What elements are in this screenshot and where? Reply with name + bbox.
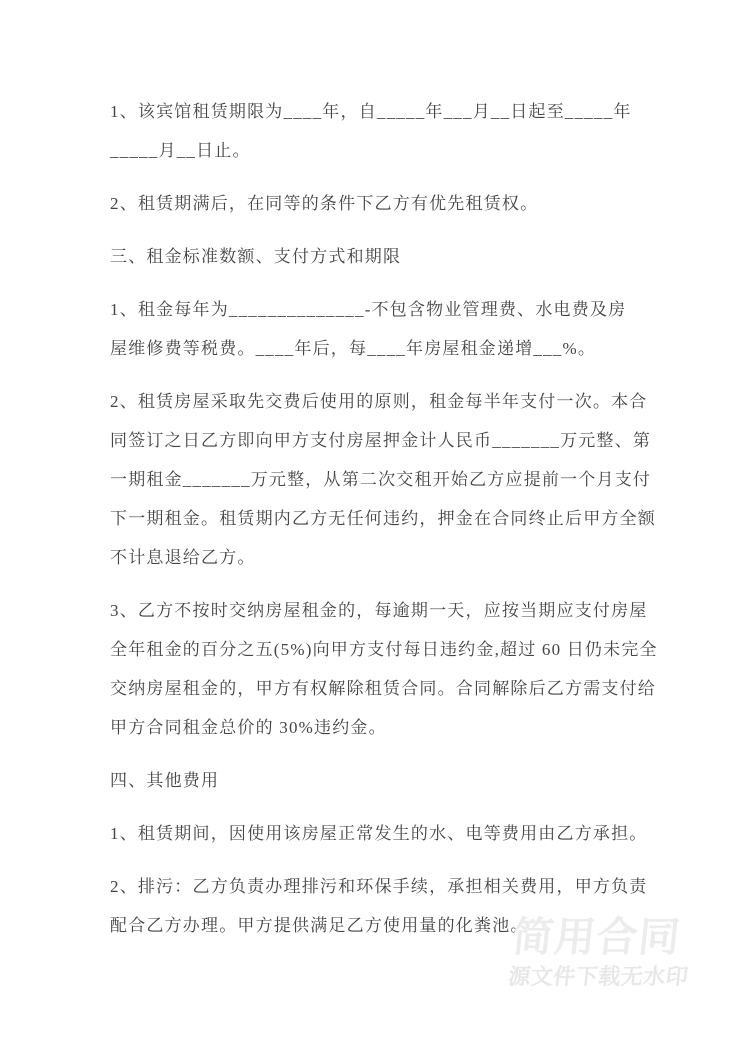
section-heading-other-fees: 四、其他费用 xyxy=(110,761,642,800)
contract-line: 全年租金的百分之五(5%)向甲方支付每日违约金,超过 60 日仍未完全 xyxy=(110,630,642,669)
contract-line: 甲方合同租金总价的 30%违约金。 xyxy=(110,708,642,747)
contract-line: 四、其他费用 xyxy=(110,761,642,800)
contract-line: 一期租金_______万元整，从第二次交租开始乙方应提前一个月支付 xyxy=(110,460,642,499)
watermark-brand-text: 简用合同 xyxy=(510,915,695,959)
site-watermark: 简用合同 源文件下载无水印 xyxy=(507,915,695,990)
contract-line: 2、租赁房屋采取先交费后使用的原则，租金每半年支付一次。本合 xyxy=(110,382,642,421)
contract-line: 三、租金标准数额、支付方式和期限 xyxy=(110,237,642,276)
clause-utilities: 1、租赁期间，因使用该房屋正常发生的水、电等费用由乙方承担。 xyxy=(110,814,642,853)
contract-line: 1、该宾馆租赁期限为____年，自_____年___月__日起至_____年 xyxy=(110,92,642,131)
contract-line: 同签订之日乙方即向甲方支付房屋押金计人民币_______万元整、第 xyxy=(110,421,642,460)
contract-line: 3、乙方不按时交纳房屋租金的，每逾期一天，应按当期应支付房屋 xyxy=(110,591,642,630)
clause-annual-rent: 1、租金每年为______________-不包含物业管理费、水电费及房 屋维修… xyxy=(110,290,642,368)
clause-late-payment-penalty: 3、乙方不按时交纳房屋租金的，每逾期一天，应按当期应支付房屋 全年租金的百分之五… xyxy=(110,591,642,747)
watermark-tagline-text: 源文件下载无水印 xyxy=(507,964,690,990)
contract-line: _____月__日止。 xyxy=(110,131,642,170)
contract-line: 1、租赁期间，因使用该房屋正常发生的水、电等费用由乙方承担。 xyxy=(110,814,642,853)
contract-line: 交纳房屋租金的，甲方有权解除租赁合同。合同解除后乙方需支付给 xyxy=(110,669,642,708)
clause-lease-term: 1、该宾馆租赁期限为____年，自_____年___月__日起至_____年 _… xyxy=(110,92,642,170)
clause-renewal-priority: 2、租赁期满后，在同等的条件下乙方有优先租赁权。 xyxy=(110,184,642,223)
section-heading-rent-terms: 三、租金标准数额、支付方式和期限 xyxy=(110,237,642,276)
clause-payment-deposit: 2、租赁房屋采取先交费后使用的原则，租金每半年支付一次。本合 同签订之日乙方即向… xyxy=(110,382,642,577)
contract-body: 1、该宾馆租赁期限为____年，自_____年___月__日起至_____年 _… xyxy=(110,92,642,959)
contract-line: 2、排污：乙方负责办理排污和环保手续，承担相关费用，甲方负责 xyxy=(110,867,642,906)
contract-line: 1、租金每年为______________-不包含物业管理费、水电费及房 xyxy=(110,290,642,329)
contract-line: 不计息退给乙方。 xyxy=(110,538,642,577)
contract-line: 2、租赁期满后，在同等的条件下乙方有优先租赁权。 xyxy=(110,184,642,223)
contract-line: 屋维修费等税费。____年后，每____年房屋租金递增___%。 xyxy=(110,329,642,368)
contract-line: 下一期租金。租赁期内乙方无任何违约，押金在合同终止后甲方全额 xyxy=(110,499,642,538)
contract-document-page: 1、该宾馆租赁期限为____年，自_____年___月__日起至_____年 _… xyxy=(0,0,742,1049)
